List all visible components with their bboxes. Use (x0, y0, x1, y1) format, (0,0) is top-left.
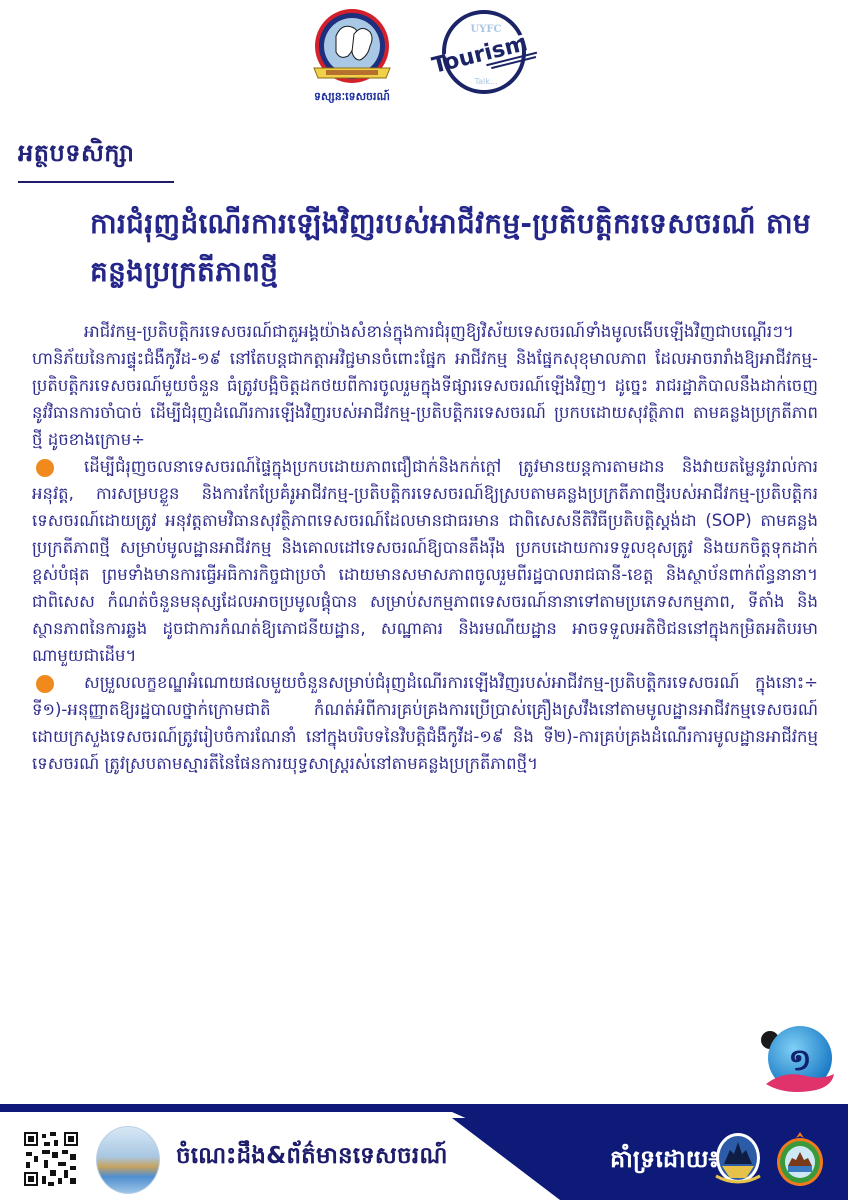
svg-text:១: ១ (789, 1043, 812, 1078)
bullet-text: ដើម្បីជំរុញចលនាទេសចរណ៍ផ្ទៃក្នុងប្រកបដោយភ… (32, 457, 818, 665)
sponsor-label: គាំទ្រដោយ៖ (610, 1144, 719, 1179)
svg-text:ទស្សនៈទេសចរណ៍: ទស្សនៈទេសចរណ៍ (314, 89, 390, 103)
svg-text:Talk...: Talk... (474, 77, 498, 86)
intro-paragraph: អាជីវកម្ម-ប្រតិបត្តិករទេសចរណ៍ជាតួអង្គយ៉ា… (32, 318, 818, 453)
provincial-administration-logo (774, 1130, 826, 1188)
footer: ចំណេះដឹង&ព័ត៌មានទេសចរណ៍ គាំទ្រដោយ៖ (0, 1104, 848, 1200)
article-body: អាជីវកម្ម-ប្រតិបត្តិករទេសចរណ៍ជាតួអង្គយ៉ា… (32, 318, 818, 777)
article-title: ការជំរុញដំណើរការឡើងវិញរបស់អាជីវកម្ម-ប្រត… (90, 200, 840, 296)
page-number-badge: ១ (756, 1020, 840, 1104)
footer-caption: ចំណេះដឹង&ព័ត៌មានទេសចរណ៍ (176, 1142, 448, 1175)
ministry-of-tourism-logo (712, 1130, 764, 1188)
orange-bullet-icon (36, 459, 54, 477)
qr-code-icon[interactable] (22, 1130, 80, 1188)
bullet-item: ដើម្បីជំរុញចលនាទេសចរណ៍ផ្ទៃក្នុងប្រកបដោយភ… (32, 453, 818, 669)
bullet-item: សម្រួលលក្ខខណ្ឌអំណោយផលមួយចំនួនសម្រាប់ជំរុ… (32, 669, 818, 777)
tourism-knowledge-page-logo (96, 1126, 160, 1194)
orange-bullet-icon (36, 675, 54, 693)
youth-organization-logo: ទស្សនៈទេសចរណ៍ (306, 6, 398, 106)
bullet-text: សម្រួលលក្ខខណ្ឌអំណោយផលមួយចំនួនសម្រាប់ជំរុ… (32, 673, 818, 773)
svg-text:UYFC: UYFC (471, 24, 502, 35)
header-logos: ទស្សនៈទេសចរណ៍ UYFC Tourism Talk... (0, 0, 848, 112)
section-label: អត្ថបទសិក្សា (18, 138, 174, 183)
tourism-talk-logo: UYFC Tourism Talk... (418, 6, 542, 98)
